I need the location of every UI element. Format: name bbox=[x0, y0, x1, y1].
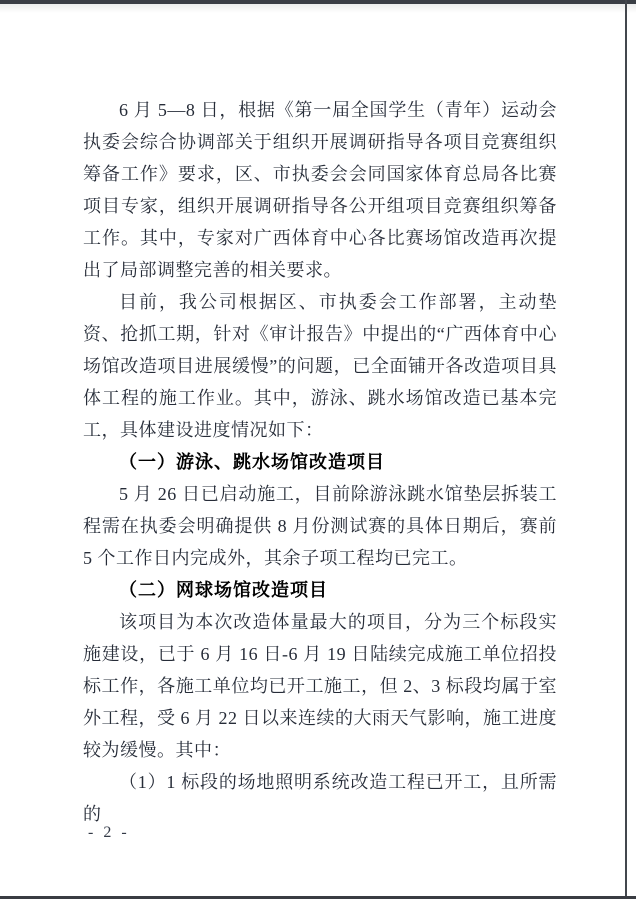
document-body: 6 月 5—8 日，根据《第一届全国学生（青年）运动会执委会综合协调部关于组织开… bbox=[83, 94, 557, 830]
paragraph-5: （1）1 标段的场地照明系统改造工程已开工，且所需的 bbox=[83, 766, 557, 830]
paragraph-4: 该项目为本次改造体量最大的项目，分为三个标段实施建设，已于 6 月 16 日-6… bbox=[83, 606, 557, 766]
document-page: 6 月 5—8 日，根据《第一届全国学生（青年）运动会执委会综合协调部关于组织开… bbox=[0, 0, 636, 900]
paragraph-2: 目前，我公司根据区、市执委会工作部署，主动垫资、抢抓工期，针对《审计报告》中提出… bbox=[83, 286, 557, 446]
section-heading-1: （一）游泳、跳水场馆改造项目 bbox=[83, 446, 557, 478]
paragraph-1: 6 月 5—8 日，根据《第一届全国学生（青年）运动会执委会综合协调部关于组织开… bbox=[83, 94, 557, 286]
page-right-border bbox=[625, 0, 627, 899]
page-bottom-border bbox=[0, 896, 636, 899]
section-heading-2: （二）网球场馆改造项目 bbox=[83, 574, 557, 606]
page-number: - 2 - bbox=[88, 824, 130, 842]
page-top-shadow bbox=[0, 4, 636, 13]
paragraph-3: 5 月 26 日已启动施工，目前除游泳跳水馆垫层拆装工程需在执委会明确提供 8 … bbox=[83, 478, 557, 574]
